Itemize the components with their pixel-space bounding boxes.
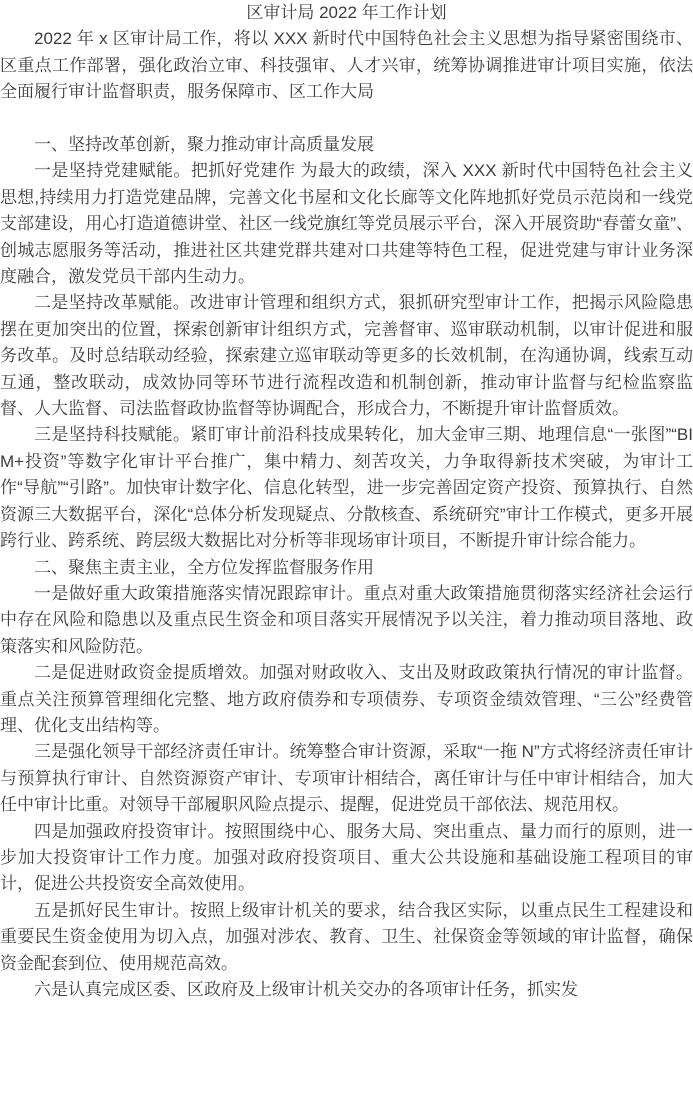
paragraph: 四是加强政府投资审计。按照围绕中心、服务大局、突出重点、量力而行的原则，进一步加…: [0, 819, 693, 898]
paragraph: 五是抓好民生审计。按照上级审计机关的要求，结合我区实际，以重点民生工程建设和重要…: [0, 898, 693, 977]
blank-line: [0, 106, 693, 132]
paragraph: 三是强化领导干部经济责任审计。统筹整合审计资源，采取“一拖 N”方式将经济责任审…: [0, 739, 693, 818]
document-page: 区审计局 2022 年工作计划 2022 年 x 区审计局工作，将以 XXX 新…: [0, 0, 693, 1097]
paragraph: 一是做好重大政策措施落实情况跟踪审计。重点对重大政策措施贯彻落实经济社会运行中存…: [0, 581, 693, 660]
paragraph: 六是认真完成区委、区政府及上级审计机关交办的各项审计任务，抓实发: [0, 977, 693, 1003]
paragraph: 三是坚持科技赋能。紧盯审计前沿科技成果转化，加大金审三期、地理信息“一张图”“B…: [0, 422, 693, 554]
paragraph: 二是促进财政资金提质增效。加强对财政收入、支出及财政政策执行情况的审计监督。重点…: [0, 660, 693, 739]
document-body: 2022 年 x 区审计局工作，将以 XXX 新时代中国特色社会主义思想为指导紧…: [0, 26, 693, 1003]
document-title: 区审计局 2022 年工作计划: [0, 0, 693, 26]
paragraph: 一是坚持党建赋能。把抓好党建作 为最大的政绩，深入 XXX 新时代中国特色社会主…: [0, 158, 693, 290]
paragraph: 2022 年 x 区审计局工作，将以 XXX 新时代中国特色社会主义思想为指导紧…: [0, 26, 693, 105]
section-heading: 一、坚持改革创新，聚力推动审计高质量发展: [0, 132, 693, 158]
section-heading: 二、聚焦主责主业，全方位发挥监督服务作用: [0, 555, 693, 581]
paragraph: 二是坚持改革赋能。改进审计管理和组织方式，狠抓研究型审计工作，把揭示风险隐患摆在…: [0, 290, 693, 422]
